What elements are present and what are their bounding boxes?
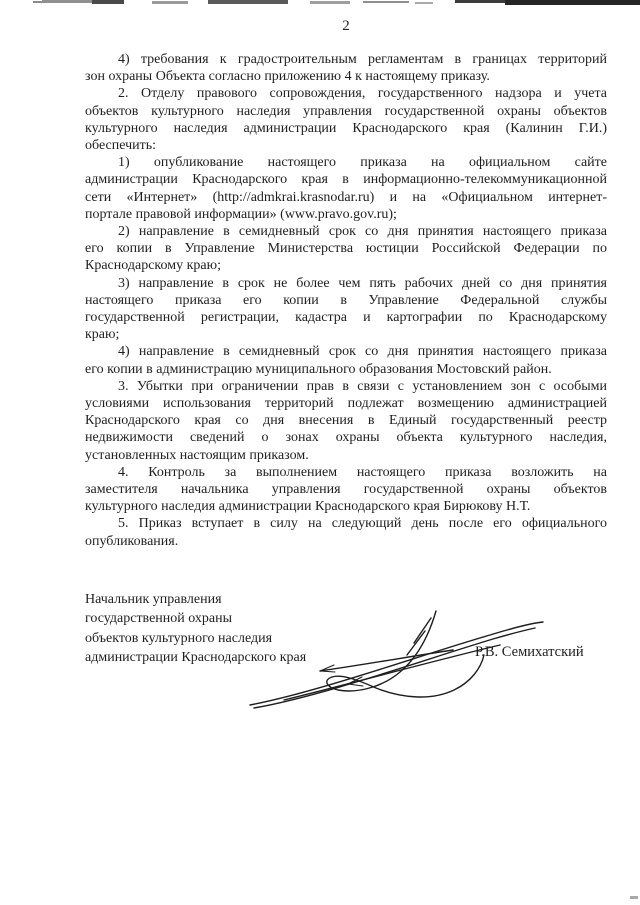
document-body: 4) требования к градостроительным реглам… [85, 51, 607, 550]
paragraph-line: сети «Интернет» (http://admkrai.krasnoda… [85, 189, 607, 206]
paragraph-line: настоящего приказа его копии в Управлени… [85, 292, 607, 309]
page-number: 2 [85, 18, 607, 35]
document-page: 2 4) требования к градостроительным регл… [0, 0, 640, 905]
paragraph: 3. Убытки при ограничении прав в связи с… [85, 378, 607, 464]
paragraph-line: его копии в администрацию муниципального… [85, 361, 607, 378]
scan-artifact [630, 896, 638, 899]
paragraph-line: 3. Убытки при ограничении прав в связи с… [85, 378, 607, 395]
scan-artifact [363, 1, 409, 3]
paragraph-line: культурного наследия администрации Красн… [85, 498, 607, 515]
paragraph: 1) опубликование настоящего приказа на о… [85, 154, 607, 223]
paragraph-line: 3) направление в срок не более чем пять … [85, 275, 607, 292]
paragraph-line: государственной регистрации, кадастра и … [85, 309, 607, 326]
paragraph-line: опубликования. [85, 533, 607, 550]
paragraph-line: 4) направление в семидневный срок со дня… [85, 343, 607, 360]
paragraph-line: 2) направление в семидневный срок со дня… [85, 223, 607, 240]
scan-artifact [505, 0, 640, 5]
paragraph: 2. Отделу правового сопровождения, госуд… [85, 85, 607, 154]
scan-artifact [33, 1, 42, 3]
paragraph-line: культурного наследия администрации Красн… [85, 120, 607, 137]
paragraph-line: недвижимости сведений о зонах охраны объ… [85, 429, 607, 446]
scan-artifact [415, 2, 433, 4]
paragraph-line: 1) опубликование настоящего приказа на о… [85, 154, 607, 171]
paragraph-line: Краснодарскому краю; [85, 257, 607, 274]
scan-artifact [42, 0, 92, 3]
paragraph: 3) направление в срок не более чем пять … [85, 275, 607, 344]
scan-artifact [152, 1, 188, 4]
paragraph-line: обеспечить: [85, 137, 607, 154]
signer-name: Р.В. Семихатский [475, 644, 584, 661]
paragraph-line: заместителя начальника управления госуда… [85, 481, 607, 498]
scan-artifact [92, 0, 124, 4]
paragraph-line: Краснодарского края со дня внесения в Ед… [85, 412, 607, 429]
paragraph-line: зон охраны Объекта согласно приложению 4… [85, 68, 607, 85]
paragraph: 4) требования к градостроительным реглам… [85, 51, 607, 85]
paragraph-line: администрации Краснодарского края в инфо… [85, 171, 607, 188]
paragraph-line: портале правовой информации» (www.pravo.… [85, 206, 607, 223]
paragraph: 4. Контроль за выполнением настоящего пр… [85, 464, 607, 516]
paragraph-line: краю; [85, 326, 607, 343]
paragraph-line: условиями использования территорий подле… [85, 395, 607, 412]
scan-artifact [310, 1, 350, 4]
paragraph: 4) направление в семидневный срок со дня… [85, 343, 607, 377]
paragraph-line: его копии в Управление Министерства юсти… [85, 240, 607, 257]
paragraph-line: 2. Отделу правового сопровождения, госуд… [85, 85, 607, 102]
paragraph-line: объектов культурного наследия управления… [85, 103, 607, 120]
paragraph-line: 4. Контроль за выполнением настоящего пр… [85, 464, 607, 481]
paragraph-line: 5. Приказ вступает в силу на следующий д… [85, 515, 607, 532]
paragraph-line: установленных настоящим приказом. [85, 447, 607, 464]
paragraph: 5. Приказ вступает в силу на следующий д… [85, 515, 607, 549]
paragraph-line: 4) требования к градостроительным реглам… [85, 51, 607, 68]
scan-artifact [208, 0, 288, 4]
paragraph: 2) направление в семидневный срок со дня… [85, 223, 607, 275]
